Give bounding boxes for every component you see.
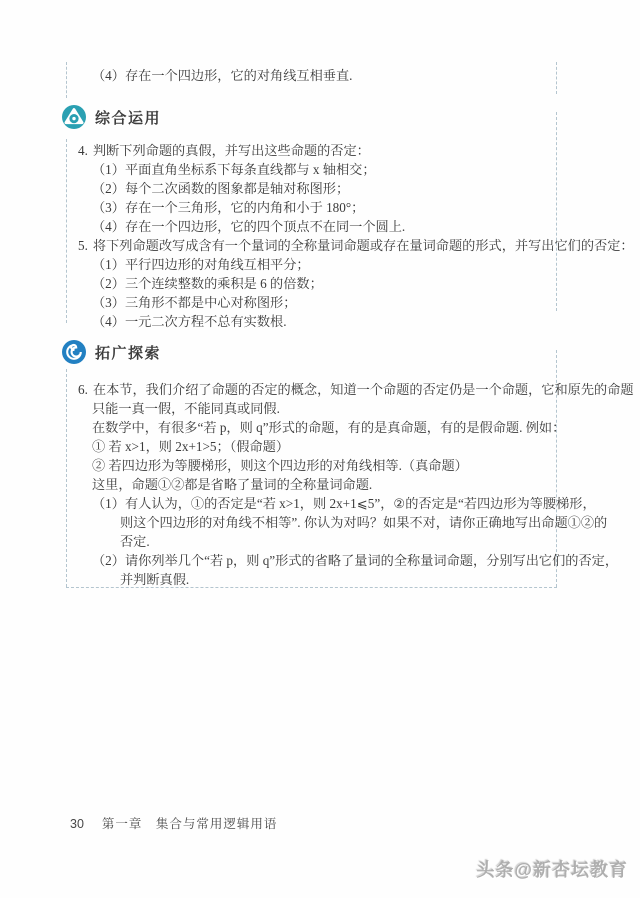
problem-item: （2）每个二次函数的图象都是轴对称图形； xyxy=(78,179,560,198)
expansion-problems: 6.在本节，我们介绍了命题的否定的概念，知道一个命题的否定仍是一个命题，它和原先… xyxy=(78,380,560,589)
prev-problem-line: （4）存在一个四边形，它的对角线互相垂直. xyxy=(92,66,352,85)
problem-item: （4）存在一个四边形，它的四个顶点不在同一个圆上. xyxy=(78,217,560,236)
problem-item: （4）一元二次方程不总有实数根. xyxy=(78,312,560,331)
subproblem-line: 并判断真假. xyxy=(78,570,560,589)
problem-text-line: 这里，命题①②都是省略了量词的全称量词命题. xyxy=(78,475,560,494)
trefoil-circle-icon xyxy=(62,105,86,129)
problem-stem: 4.判断下列命题的真假，并写出这些命题的否定： xyxy=(78,141,560,160)
problem-item: （3）存在一个三角形，它的内角和小于 180°； xyxy=(78,198,560,217)
problem-number: 5. xyxy=(78,236,88,255)
example-line: ② 若四边形为等腰梯形，则这个四边形的对角线相等.（真命题） xyxy=(78,456,560,475)
section-header-expansion: 拓广探索 xyxy=(62,340,161,364)
example-line: ① 若 x>1，则 2x+1>5；（假命题） xyxy=(78,437,560,456)
problem-stem: 6.在本节，我们介绍了命题的否定的概念，知道一个命题的否定仍是一个命题，它和原先… xyxy=(78,380,560,399)
section-header-comprehensive: 综合运用 xyxy=(62,105,161,129)
problem-text-line: 只能一真一假，不能同真或同假. xyxy=(78,399,560,418)
problem-number: 4. xyxy=(78,141,88,160)
dashed-border-left-seg2 xyxy=(66,139,67,323)
problem-item: （1）平行四边形的对角线互相平分； xyxy=(78,255,560,274)
subproblem-line: 否定. xyxy=(78,532,560,551)
chapter-title: 第一章 集合与常用逻辑用语 xyxy=(102,814,278,832)
section-title: 综合运用 xyxy=(95,107,161,128)
page-number: 30 xyxy=(70,817,84,831)
problem-text-line: 在数学中，有很多“若 p，则 q”形式的命题，有的是真命题，有的是假命题. 例如… xyxy=(78,418,560,437)
problem-item: （3）三角形不都是中心对称图形； xyxy=(78,293,560,312)
problem-item: （1）平面直角坐标系下每条直线都与 x 轴相交； xyxy=(78,160,560,179)
problem-item: （2）三个连续整数的乘积是 6 的倍数； xyxy=(78,274,560,293)
spiral-circle-icon xyxy=(62,340,86,364)
problem-number: 6. xyxy=(78,380,88,399)
dashed-border-right-seg1 xyxy=(556,62,557,94)
subproblem-line: （2）请你列举几个“若 p，则 q”形式的省略了量词的全称量词命题，分别写出它们… xyxy=(78,551,560,570)
subproblem-line: （1）有人认为，①的否定是“若 x>1，则 2x+1⩽5”，②的否定是“若四边形… xyxy=(78,494,560,513)
comprehensive-problems: 4.判断下列命题的真假，并写出这些命题的否定： （1）平面直角坐标系下每条直线都… xyxy=(78,141,560,331)
dashed-border-left-seg3 xyxy=(66,369,67,587)
problem-stem: 5.将下列命题改写成含有一个量词的全称量词命题或存在量词命题的形式，并写出它们的… xyxy=(78,236,560,255)
textbook-page: （4）存在一个四边形，它的对角线互相垂直. 综合运用 4.判断下列命题的真假，并… xyxy=(0,0,640,898)
problem-stem-text: 将下列命题改写成含有一个量词的全称量词命题或存在量词命题的形式，并写出它们的否定… xyxy=(93,238,634,253)
problem-intro-text: 在本节，我们介绍了命题的否定的概念，知道一个命题的否定仍是一个命题，它和原先的命… xyxy=(93,382,634,397)
watermark-text: 头条@新杏坛教育 xyxy=(476,856,628,882)
dashed-border-left-seg1 xyxy=(66,62,67,98)
page-footer: 30 第一章 集合与常用逻辑用语 xyxy=(70,814,277,832)
section-title: 拓广探索 xyxy=(95,342,161,363)
problem-stem-text: 判断下列命题的真假，并写出这些命题的否定： xyxy=(93,143,370,158)
subproblem-line: 则这个四边形的对角线不相等”. 你认为对吗？如果不对，请你正确地写出命题①②的 xyxy=(78,513,560,532)
